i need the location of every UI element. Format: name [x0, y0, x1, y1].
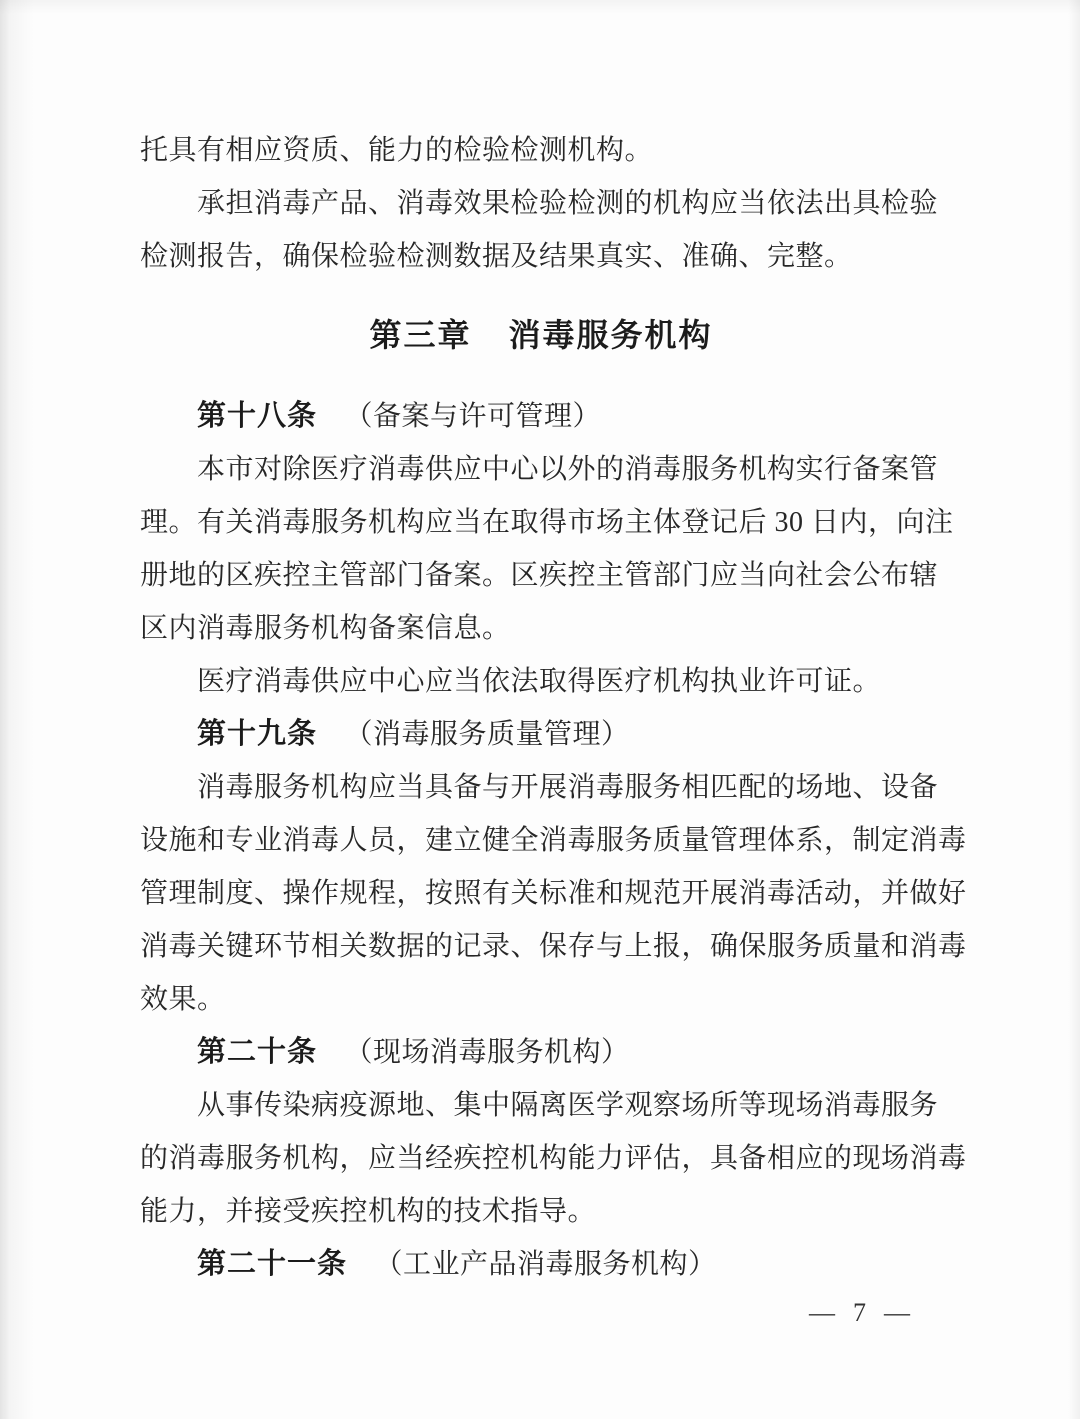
article-title: （工业产品消毒服务机构） — [375, 1249, 717, 1280]
chapter-number: 第三章 — [370, 317, 472, 353]
paragraph-line: 管理制度、操作规程，按照有关标准和规范开展消毒活动，并做好 — [140, 867, 942, 920]
paragraph-line: 能力，并接受疾控机构的技术指导。 — [140, 1185, 942, 1238]
article-heading: 第二十一条 （工业产品消毒服务机构） — [140, 1238, 942, 1291]
article-heading: 第二十条 （现场消毒服务机构） — [140, 1026, 942, 1079]
footer-dash-left: — — [809, 1296, 835, 1330]
article-number: 第二十一条 — [197, 1248, 347, 1280]
page-footer: —7— — [809, 1296, 910, 1330]
paragraph-line: 承担消毒产品、消毒效果检验检测的机构应当依法出具检验 — [140, 177, 942, 230]
paragraph-line: 检测报告，确保检验检测数据及结果真实、准确、完整。 — [140, 230, 942, 283]
paragraph-line: 设施和专业消毒人员，建立健全消毒服务质量管理体系，制定消毒 — [140, 814, 942, 867]
paragraph-line: 从事传染病疫源地、集中隔离医学观察场所等现场消毒服务 — [140, 1079, 942, 1132]
paragraph-line: 本市对除医疗消毒供应中心以外的消毒服务机构实行备案管 — [140, 443, 942, 496]
article-title: （消毒服务质量管理） — [345, 719, 630, 750]
paragraph-line: 册地的区疾控主管部门备案。区疾控主管部门应当向社会公布辖 — [140, 549, 942, 602]
paragraph-line: 效果。 — [140, 973, 942, 1026]
paragraph-line: 理。有关消毒服务机构应当在取得市场主体登记后 30 日内，向注 — [140, 496, 942, 549]
paragraph-line: 消毒服务机构应当具备与开展消毒服务相匹配的场地、设备 — [140, 761, 942, 814]
chapter-title: 消毒服务机构 — [508, 317, 712, 353]
paragraph-line: 的消毒服务机构，应当经疾控机构能力评估，具备相应的现场消毒 — [140, 1132, 942, 1185]
article-number: 第十八条 — [197, 400, 317, 432]
article-title: （现场消毒服务机构） — [345, 1037, 630, 1068]
paragraph-line: 区内消毒服务机构备案信息。 — [140, 602, 942, 655]
paragraph-line: 托具有相应资质、能力的检验检测机构。 — [140, 124, 942, 177]
page-number: 7 — [853, 1296, 866, 1330]
article-heading: 第十九条 （消毒服务质量管理） — [140, 708, 942, 761]
footer-dash-right: — — [884, 1296, 910, 1330]
article-heading: 第十八条 （备案与许可管理） — [140, 390, 942, 443]
article-title: （备案与许可管理） — [345, 401, 602, 432]
chapter-heading: 第三章 消毒服务机构 — [140, 309, 942, 362]
article-number: 第二十条 — [197, 1036, 317, 1068]
paragraph-line: 消毒关键环节相关数据的记录、保存与上报，确保服务质量和消毒 — [140, 920, 942, 973]
document-page: 托具有相应资质、能力的检验检测机构。 承担消毒产品、消毒效果检验检测的机构应当依… — [140, 124, 942, 1291]
article-number: 第十九条 — [197, 718, 317, 750]
paragraph-line: 医疗消毒供应中心应当依法取得医疗机构执业许可证。 — [140, 655, 942, 708]
